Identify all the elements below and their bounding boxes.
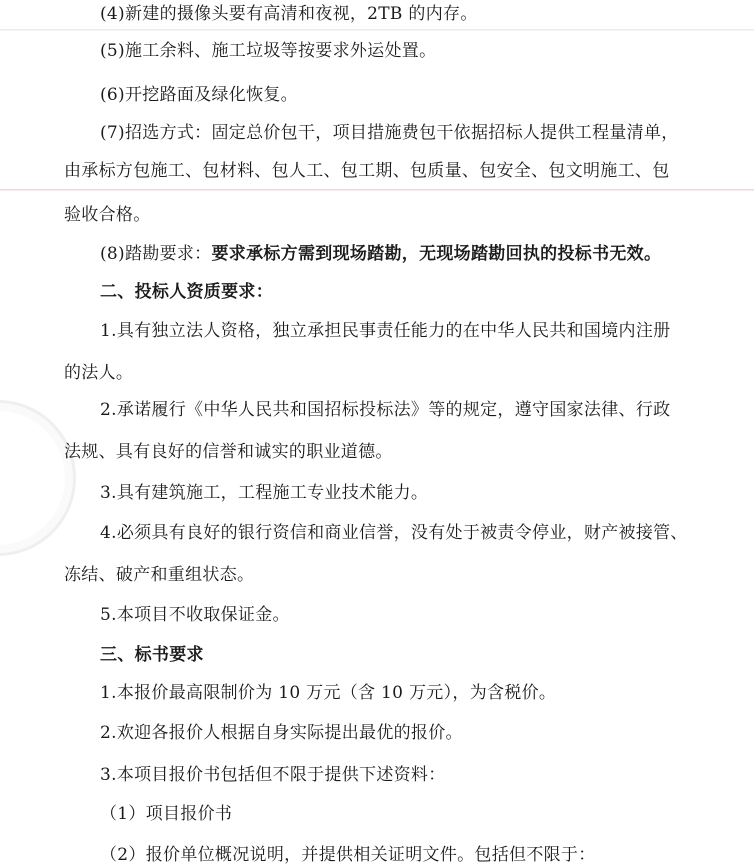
qual-5: 5.本项目不收取保证金。 bbox=[100, 604, 290, 626]
qual-3: 3.具有建筑施工，工程施工专业技术能力。 bbox=[100, 482, 428, 504]
bid-req-3-sub-1: （1）项目报价书 bbox=[100, 803, 232, 825]
item-5-waste: (5)施工余料、施工垃圾等按要求外运处置。 bbox=[100, 40, 436, 62]
section-3-heading: 三、标书要求 bbox=[100, 644, 204, 666]
scan-line-divider-pink bbox=[0, 189, 754, 191]
qual-1-continuation: 的法人。 bbox=[64, 362, 133, 384]
qual-4: 4.必须具有良好的银行资信和商业信誉，没有处于被责令停业，财产被接管、 bbox=[100, 522, 688, 544]
faint-seal-stamp bbox=[0, 400, 76, 556]
item-7-continuation: 由承标方包施工、包材料、包人工、包工期、包质量、包安全、包文明施工、包 bbox=[64, 160, 670, 182]
section-2-heading: 二、投标人资质要求： bbox=[100, 281, 273, 303]
item-7-end: 验收合格。 bbox=[64, 204, 151, 226]
item-4-camera: (4)新建的摄像头要有高清和夜视，2TB 的内存。 bbox=[100, 3, 478, 25]
qual-1: 1.具有独立法人资格，独立承担民事责任能力的在中华人民共和国境内注册 bbox=[100, 320, 670, 342]
item-8-label: (8)踏勘要求： bbox=[100, 244, 211, 264]
item-8-requirement: 要求承标方需到现场踏勘，无现场踏勘回执的投标书无效。 bbox=[211, 244, 661, 264]
item-6-restoration: (6)开挖路面及绿化恢复。 bbox=[100, 84, 298, 106]
bid-req-3-sub-2: （2）报价单位概况说明，并提供相关证明文件。包括但不限于： bbox=[100, 844, 596, 866]
bid-req-3: 3.本项目报价书包括但不限于提供下述资料： bbox=[100, 764, 446, 786]
item-7-selection-method: (7)招选方式：固定总价包干，项目措施费包干依据招标人提供工程量清单， bbox=[100, 122, 679, 144]
qual-4-continuation: 冻结、破产和重组状态。 bbox=[64, 564, 254, 586]
document-page: (4)新建的摄像头要有高清和夜视，2TB 的内存。 (5)施工余料、施工垃圾等按… bbox=[0, 0, 754, 866]
bid-req-2: 2.欢迎各报价人根据自身实际提出最优的报价。 bbox=[100, 722, 463, 744]
scan-line-divider bbox=[0, 29, 754, 31]
bid-req-1: 1.本报价最高限制价为 10 万元（含 10 万元），为含税价。 bbox=[100, 682, 556, 704]
qual-2-continuation: 法规、具有良好的信誉和诚实的职业道德。 bbox=[64, 441, 393, 463]
qual-2: 2.承诺履行《中华人民共和国招标投标法》等的规定，遵守国家法律、行政 bbox=[100, 399, 670, 421]
item-8-site-visit: (8)踏勘要求：要求承标方需到现场踏勘，无现场踏勘回执的投标书无效。 bbox=[100, 243, 661, 265]
